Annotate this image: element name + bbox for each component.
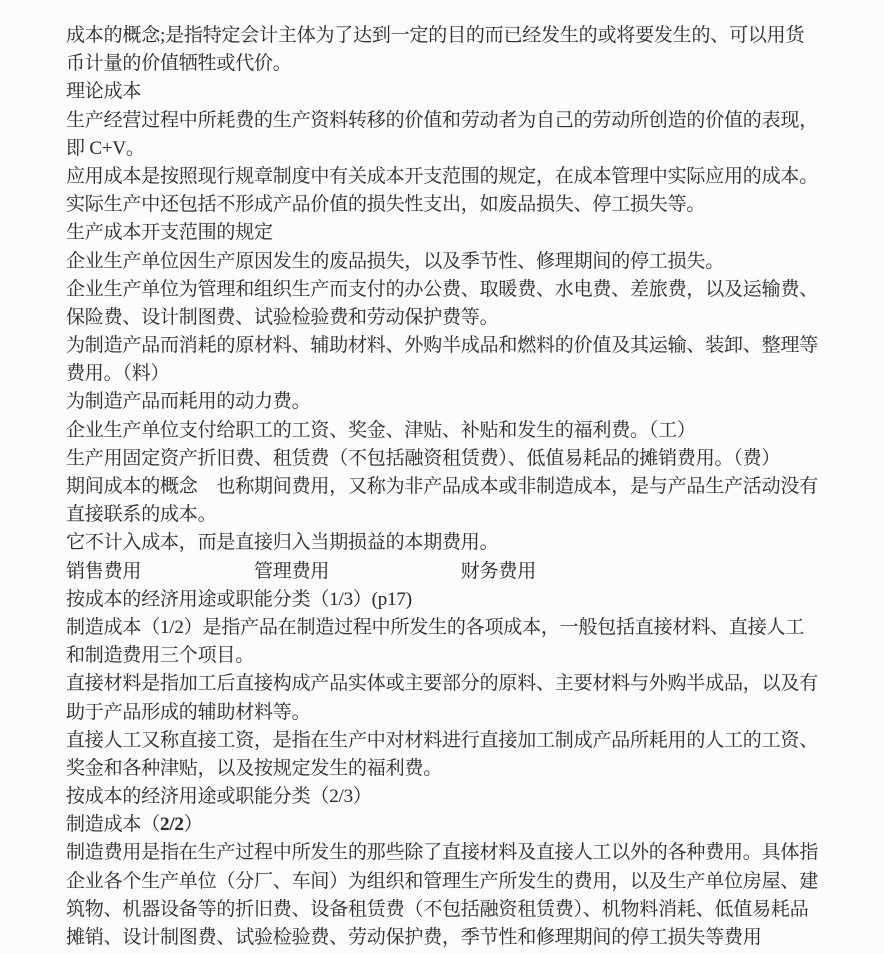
- text-line: 实际生产中还包括不形成产品价值的损失性支出，如废品损失、停工损失等。: [66, 191, 858, 219]
- text-line: 生产用固定资产折旧费、租赁费（不包括融资租赁费）、低值易耗品的摊销费用。（费）: [66, 445, 858, 473]
- text-line: 企业生产单位支付给职工的工资、奖金、津贴、补贴和发生的福利费。（工）: [66, 417, 858, 445]
- text-line: 保险费、设计制图费、试验检验费和劳动保护费等。: [66, 304, 858, 332]
- text-line: 它不计入成本，而是直接归入当期损益的本期费用。: [66, 529, 858, 557]
- text-line: 期间成本的概念 也称期间费用，又称为非产品成本或非制造成本，是与产品生产活动没有: [66, 473, 858, 501]
- text-line: 制造成本（2/2）: [66, 811, 858, 839]
- text-line: 按成本的经济用途或职能分类（1/3）(p17): [66, 586, 858, 614]
- document-body: 成本的概念;是指特定会计主体为了达到一定的目的而已经发生的或将要发生的、可以用货…: [66, 22, 858, 952]
- text-line: 为制造产品而耗用的动力费。: [66, 388, 858, 416]
- text-line: 奖金和各种津贴，以及按规定发生的福利费。: [66, 755, 858, 783]
- text-line: 为制造产品而消耗的原材料、辅助材料、外购半成品和燃料的价值及其运输、装卸、整理等: [66, 332, 858, 360]
- text-line: 应用成本是按照现行规章制度中有关成本开支范围的规定，在成本管理中实际应用的成本。: [66, 163, 858, 191]
- text-line: 费用。（料）: [66, 360, 858, 388]
- text-line: 企业各个生产单位（分厂、车间）为组织和管理生产所发生的费用，以及生产单位房屋、建: [66, 868, 858, 896]
- text-line: 按成本的经济用途或职能分类（2/3）: [66, 783, 858, 811]
- text-line: 生产成本开支范围的规定: [66, 219, 858, 247]
- text-line: 币计量的价值牺牲或代价。: [66, 50, 858, 78]
- text-line: 制造成本（1/2）是指产品在制造过程中所发生的各项成本，一般包括直接材料、直接人…: [66, 614, 858, 642]
- text-line: 筑物、机器设备等的折旧费、设备租赁费（不包括融资租赁费）、机物料消耗、低值易耗品: [66, 896, 858, 924]
- scanned-document-page: 成本的概念;是指特定会计主体为了达到一定的目的而已经发生的或将要发生的、可以用货…: [0, 0, 884, 954]
- text-line: 企业生产单位为管理和组织生产而支付的办公费、取暖费、水电费、差旅费，以及运输费、: [66, 276, 858, 304]
- text-line: 直接人工又称直接工资，是指在生产中对材料进行直接加工制成产品所耗用的人工的工资、: [66, 727, 858, 755]
- bold-text-segment: 2/2: [160, 814, 184, 835]
- text-line: 助于产品形成的辅助材料等。: [66, 699, 858, 727]
- text-line: 成本的概念;是指特定会计主体为了达到一定的目的而已经发生的或将要发生的、可以用货: [66, 22, 858, 50]
- text-line: 直接联系的成本。: [66, 501, 858, 529]
- text-line: 销售费用 管理费用 财务费用: [66, 558, 858, 586]
- text-segment: ）: [184, 814, 203, 835]
- text-line: 制造费用是指在生产过程中所发生的那些除了直接材料及直接人工以外的各种费用。具体指: [66, 839, 858, 867]
- text-line: 即 C+V。: [66, 135, 858, 163]
- text-segment: 制造成本（: [66, 814, 160, 835]
- text-line: 直接材料是指加工后直接构成产品实体或主要部分的原料、主要材料与外购半成品，以及有: [66, 670, 858, 698]
- text-line: 理论成本: [66, 78, 858, 106]
- text-line: 企业生产单位因生产原因发生的废品损失，以及季节性、修理期间的停工损失。: [66, 248, 858, 276]
- text-line: 生产经营过程中所耗费的生产资料转移的价值和劳动者为自己的劳动所创造的价值的表现，: [66, 107, 858, 135]
- text-line: 摊销、设计制图费、试验检验费、劳动保护费，季节性和修理期间的停工损失等费用: [66, 924, 858, 952]
- text-line: 和制造费用三个项目。: [66, 642, 858, 670]
